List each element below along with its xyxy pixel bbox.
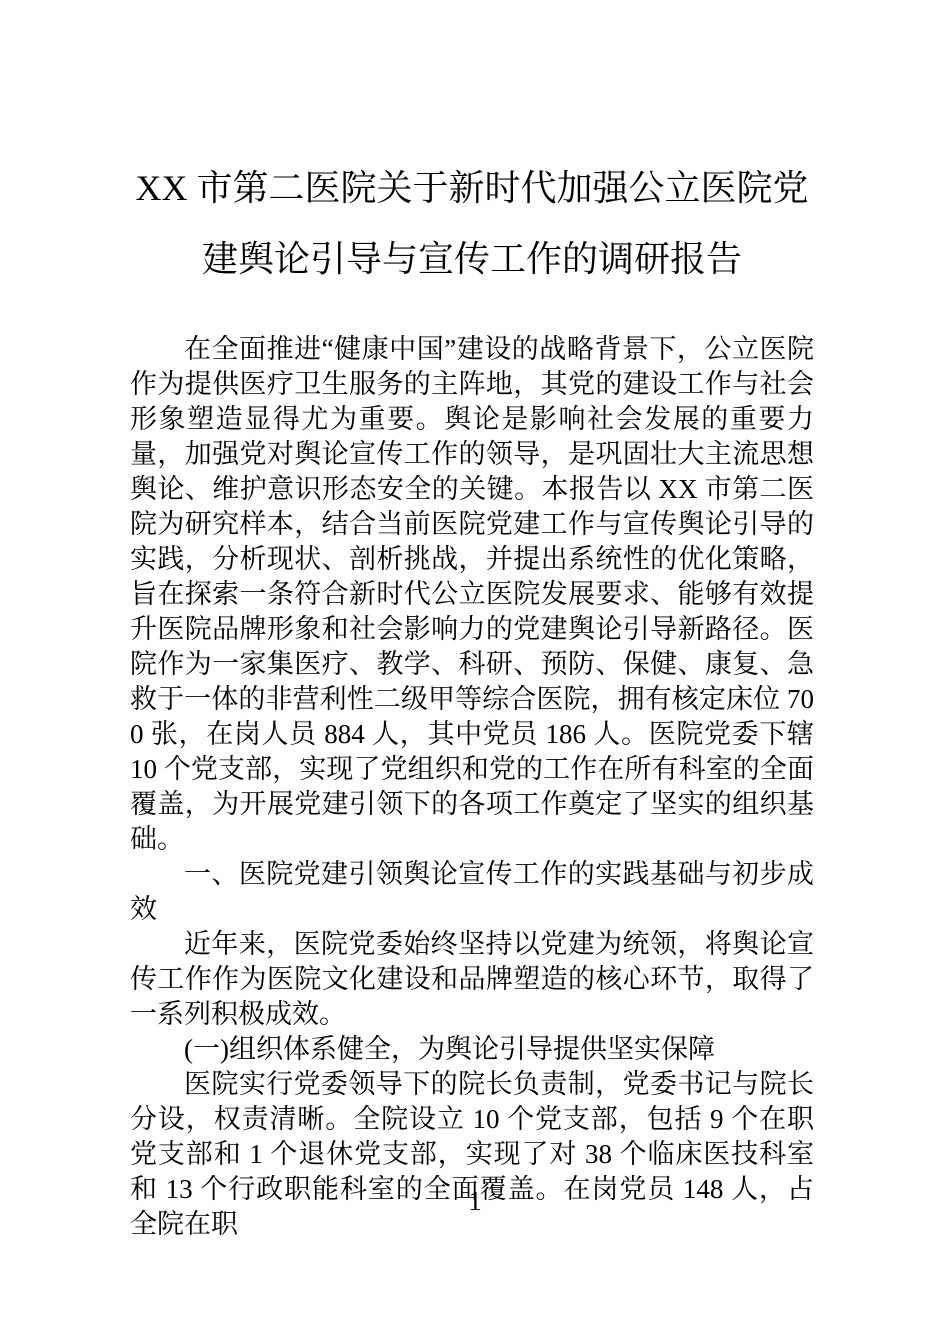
subsection-1-1-heading: (一)组织体系健全，为舆论引导提供坚实保障 — [130, 1032, 814, 1067]
section-1-intro-paragraph: 近年来，医院党委始终坚持以党建为统领，将舆论宣传工作作为医院文化建设和品牌塑造的… — [130, 927, 814, 1032]
document-page: XX 市第二医院关于新时代加强公立医院党 建舆论引导与宣传工作的调研报告 在全面… — [0, 0, 950, 1344]
document-title-line-1: XX 市第二医院关于新时代加强公立医院党 — [130, 153, 814, 224]
page-number: 1 — [0, 1185, 950, 1217]
document-title: XX 市第二医院关于新时代加强公立医院党 建舆论引导与宣传工作的调研报告 — [130, 153, 814, 295]
section-1-heading: 一、医院党建引领舆论宣传工作的实践基础与初步成效 — [130, 857, 814, 927]
document-body: 在全面推进“健康中国”建设的战略背景下，公立医院作为提供医疗卫生服务的主阵地，其… — [130, 332, 814, 1242]
intro-paragraph: 在全面推进“健康中国”建设的战略背景下，公立医院作为提供医疗卫生服务的主阵地，其… — [130, 332, 814, 857]
document-title-line-2: 建舆论引导与宣传工作的调研报告 — [130, 224, 814, 295]
